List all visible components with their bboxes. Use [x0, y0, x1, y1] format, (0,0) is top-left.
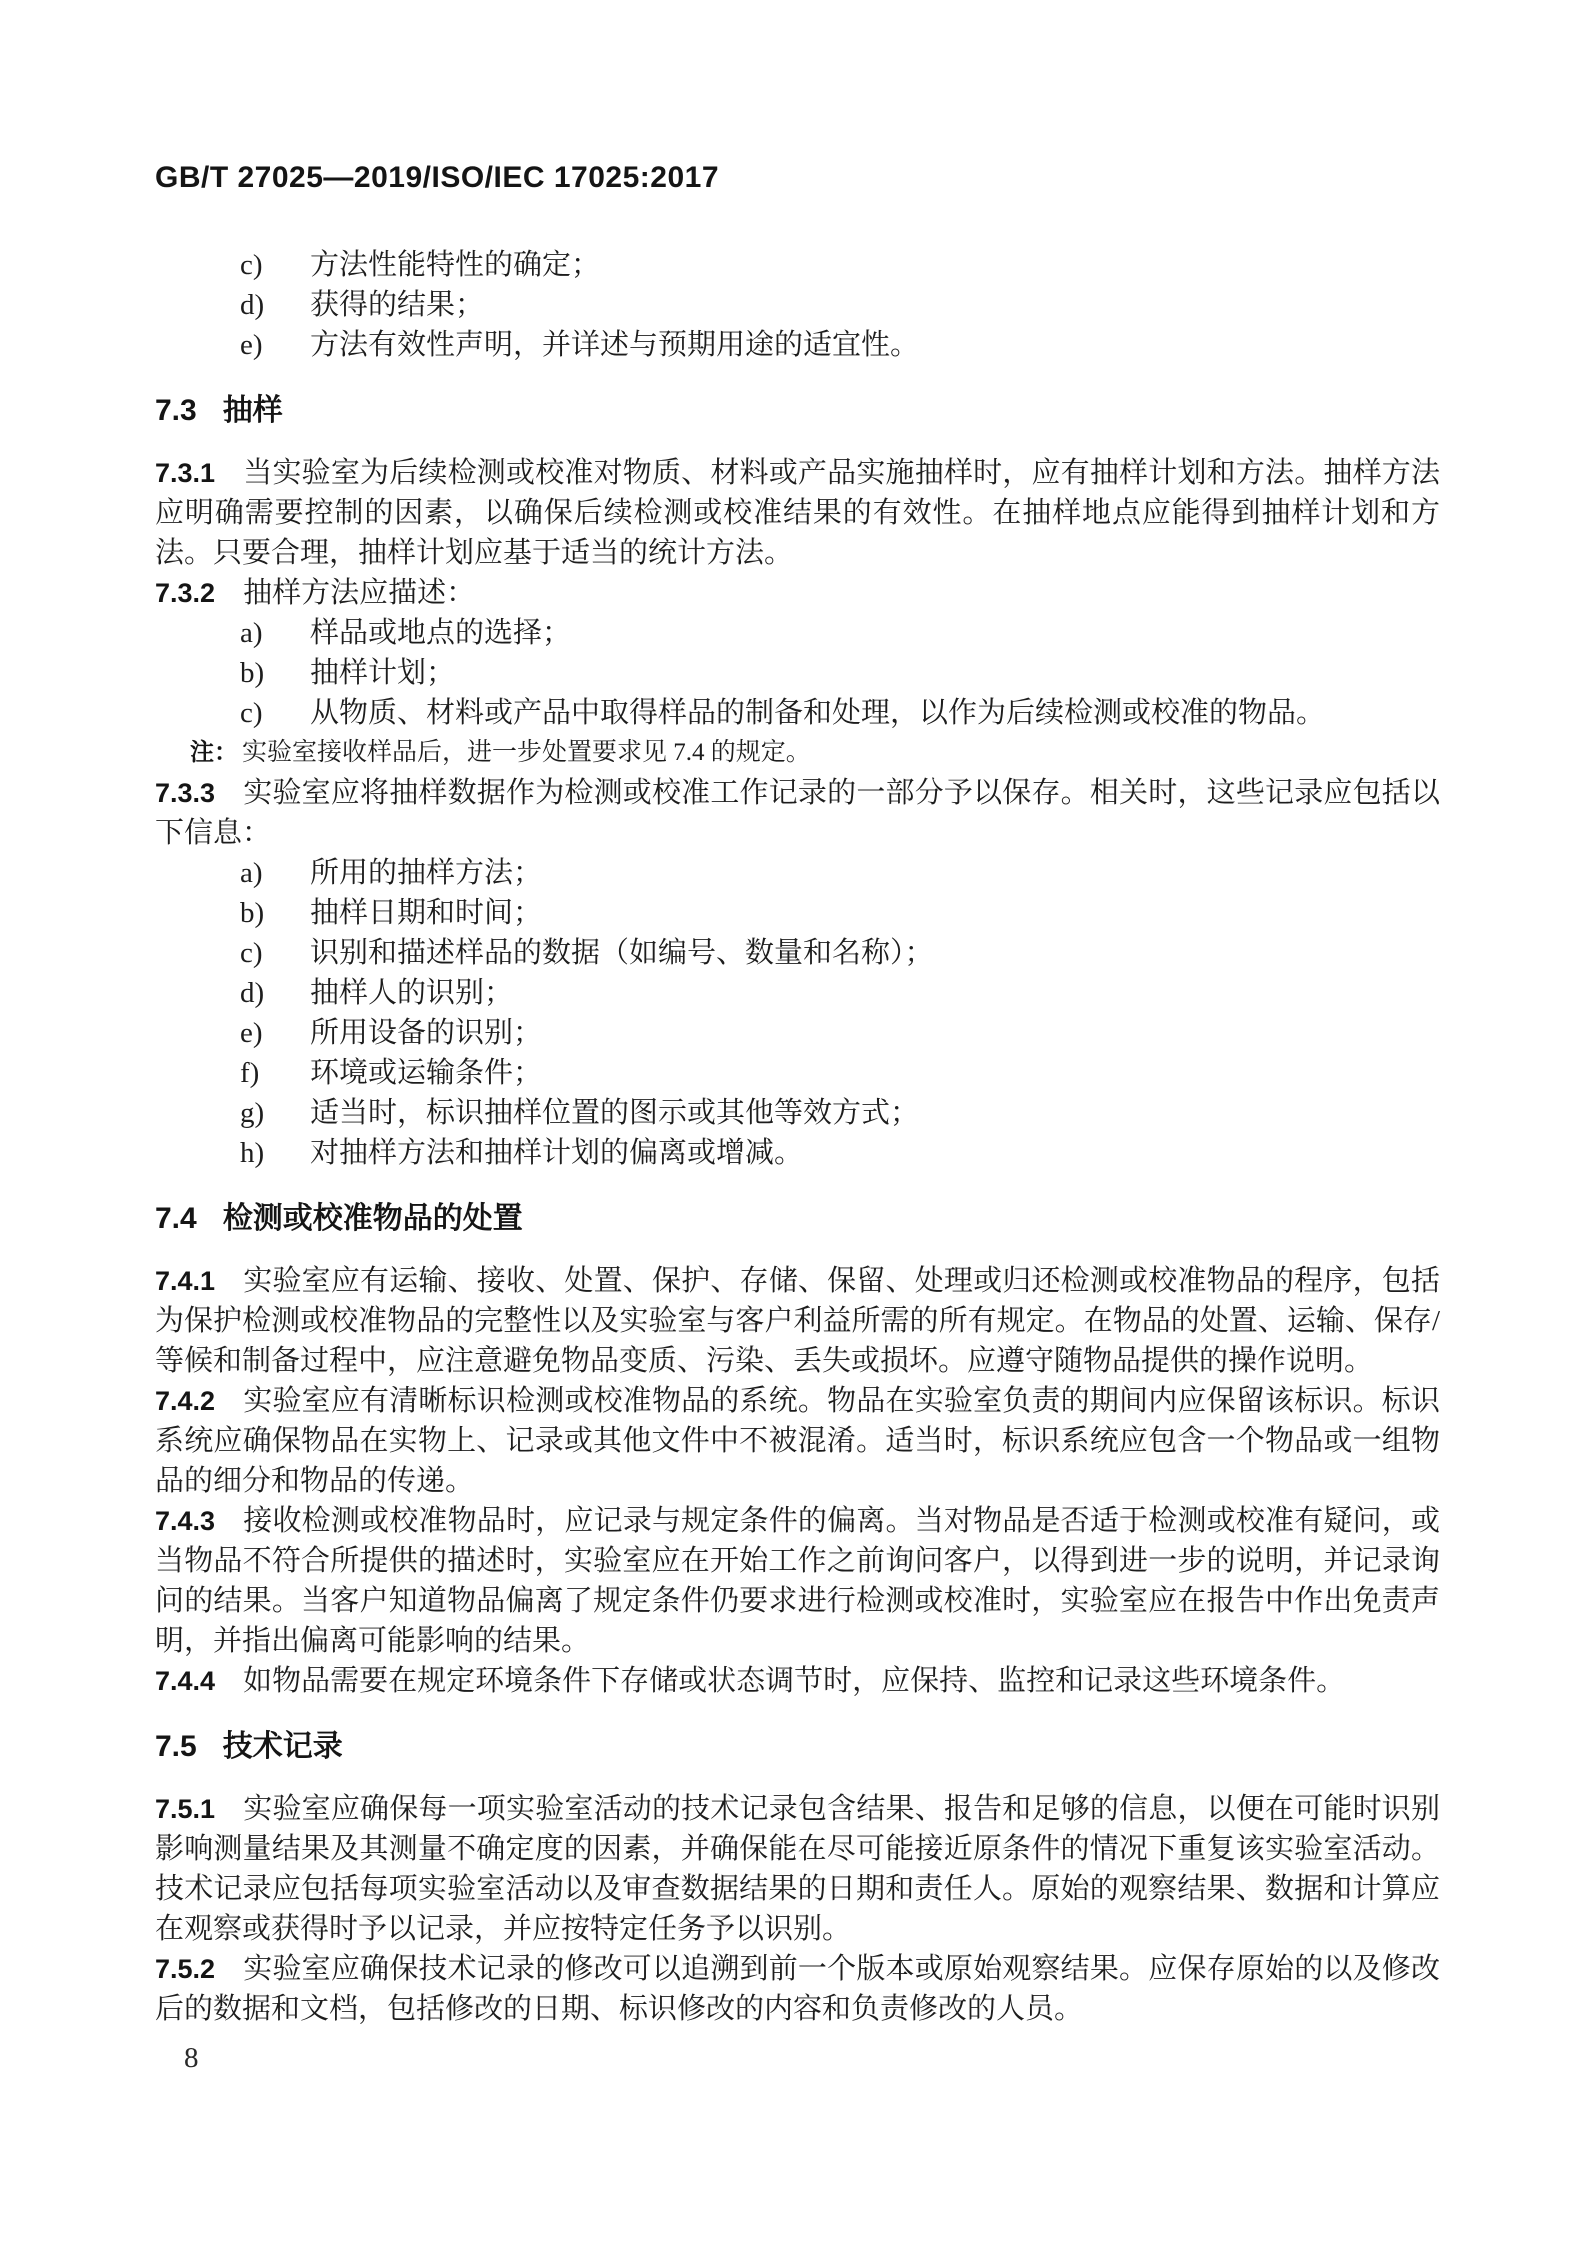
- clause-7-5-2: 7.5.2实验室应确保技术记录的修改可以追溯到前一个版本或原始观察结果。应保存原…: [155, 1949, 1440, 2029]
- note-text: 实验室接收样品后，进一步处置要求见 7.4 的规定。: [242, 739, 811, 766]
- clause-7-4-1: 7.4.1实验室应有运输、接收、处置、保护、存储、保留、处理或归还检测或校准物品…: [155, 1261, 1440, 1381]
- clause-number: 7.4.3: [155, 1506, 215, 1536]
- list-item-text: 抽样人的识别；: [310, 973, 1440, 1013]
- list-item-label: e): [240, 1013, 310, 1053]
- list-item-text: 抽样日期和时间；: [310, 893, 1440, 933]
- clause-number: 7.4.1: [155, 1266, 215, 1296]
- list-item: c) 从物质、材料或产品中取得样品的制备和处理，以作为后续检测或校准的物品。: [155, 693, 1440, 733]
- list-item: e) 方法有效性声明，并详述与预期用途的适宜性。: [155, 325, 1440, 365]
- section-heading-7-3: 7.3抽样: [155, 391, 1440, 431]
- list-item: c) 方法性能特性的确定；: [155, 245, 1440, 285]
- list-item: a) 所用的抽样方法；: [155, 853, 1440, 893]
- clause-text: 实验室应确保每一项实验室活动的技术记录包含结果、报告和足够的信息，以便在可能时识…: [155, 1793, 1440, 1945]
- sampling-method-list: a) 样品或地点的选择； b) 抽样计划； c) 从物质、材料或产品中取得样品的…: [155, 613, 1440, 733]
- list-item-label: c): [240, 693, 310, 733]
- sampling-records-list: a) 所用的抽样方法； b) 抽样日期和时间； c) 识别和描述样品的数据（如编…: [155, 853, 1440, 1173]
- clause-text: 实验室应将抽样数据作为检测或校准工作记录的一部分予以保存。相关时，这些记录应包括…: [155, 777, 1440, 849]
- list-item-label: a): [240, 613, 310, 653]
- section-heading-7-4: 7.4检测或校准物品的处置: [155, 1199, 1440, 1239]
- section-number: 7.3: [155, 394, 197, 427]
- clause-7-3-1: 7.3.1当实验室为后续检测或校准对物质、材料或产品实施抽样时，应有抽样计划和方…: [155, 453, 1440, 573]
- clause-number: 7.4.4: [155, 1666, 215, 1696]
- list-item-label: c): [240, 245, 310, 285]
- list-item: a) 样品或地点的选择；: [155, 613, 1440, 653]
- page-number: 8: [184, 2038, 199, 2078]
- clause-text: 抽样方法应描述：: [243, 577, 475, 609]
- section-title: 检测或校准物品的处置: [223, 1202, 523, 1235]
- note-7-3-2: 注：实验室接收样品后，进一步处置要求见 7.4 的规定。: [155, 733, 1440, 773]
- clause-7-4-2: 7.4.2实验室应有清晰标识检测或校准物品的系统。物品在实验室负责的期间内应保留…: [155, 1381, 1440, 1501]
- list-item: e) 所用设备的识别；: [155, 1013, 1440, 1053]
- list-item: b) 抽样计划；: [155, 653, 1440, 693]
- list-item: c) 识别和描述样品的数据（如编号、数量和名称）；: [155, 933, 1440, 973]
- list-item: b) 抽样日期和时间；: [155, 893, 1440, 933]
- clause-number: 7.3.2: [155, 578, 215, 608]
- list-item-text: 抽样计划；: [310, 653, 1440, 693]
- list-item-text: 对抽样方法和抽样计划的偏离或增减。: [310, 1133, 1440, 1173]
- clause-7-4-4: 7.4.4如物品需要在规定环境条件下存储或状态调节时，应保持、监控和记录这些环境…: [155, 1661, 1440, 1701]
- list-item-label: d): [240, 973, 310, 1013]
- method-validation-list: c) 方法性能特性的确定； d) 获得的结果； e) 方法有效性声明，并详述与预…: [155, 245, 1440, 365]
- list-item-text: 识别和描述样品的数据（如编号、数量和名称）；: [310, 933, 1440, 973]
- clause-7-3-2: 7.3.2抽样方法应描述：: [155, 573, 1440, 613]
- list-item-label: h): [240, 1133, 310, 1173]
- clause-number: 7.5.2: [155, 1954, 215, 1984]
- list-item-label: a): [240, 853, 310, 893]
- clause-number: 7.4.2: [155, 1386, 215, 1416]
- clause-text: 实验室应有运输、接收、处置、保护、存储、保留、处理或归还检测或校准物品的程序，包…: [155, 1265, 1440, 1377]
- list-item-text: 所用设备的识别；: [310, 1013, 1440, 1053]
- clause-text: 当实验室为后续检测或校准对物质、材料或产品实施抽样时，应有抽样计划和方法。抽样方…: [155, 457, 1440, 569]
- list-item-label: c): [240, 933, 310, 973]
- section-title: 技术记录: [223, 1730, 343, 1763]
- list-item: g) 适当时，标识抽样位置的图示或其他等效方式；: [155, 1093, 1440, 1133]
- standard-number-header: GB/T 27025—2019/ISO/IEC 17025:2017: [155, 158, 1440, 198]
- note-label: 注：: [190, 739, 238, 766]
- list-item-text: 方法有效性声明，并详述与预期用途的适宜性。: [310, 325, 1440, 365]
- list-item-text: 样品或地点的选择；: [310, 613, 1440, 653]
- clause-7-3-3: 7.3.3实验室应将抽样数据作为检测或校准工作记录的一部分予以保存。相关时，这些…: [155, 773, 1440, 853]
- clause-number: 7.3.3: [155, 778, 215, 808]
- clause-number: 7.5.1: [155, 1794, 215, 1824]
- section-heading-7-5: 7.5技术记录: [155, 1727, 1440, 1767]
- page-content: GB/T 27025—2019/ISO/IEC 17025:2017 c) 方法…: [155, 0, 1440, 2029]
- clause-text: 实验室应确保技术记录的修改可以追溯到前一个版本或原始观察结果。应保存原始的以及修…: [155, 1953, 1440, 2025]
- list-item-text: 适当时，标识抽样位置的图示或其他等效方式；: [310, 1093, 1440, 1133]
- list-item: f) 环境或运输条件；: [155, 1053, 1440, 1093]
- clause-number: 7.3.1: [155, 458, 215, 488]
- list-item-label: e): [240, 325, 310, 365]
- list-item-label: f): [240, 1053, 310, 1093]
- section-number: 7.5: [155, 1730, 197, 1763]
- clause-7-5-1: 7.5.1实验室应确保每一项实验室活动的技术记录包含结果、报告和足够的信息，以便…: [155, 1789, 1440, 1949]
- list-item-text: 环境或运输条件；: [310, 1053, 1440, 1093]
- section-title: 抽样: [223, 394, 283, 427]
- list-item-text: 所用的抽样方法；: [310, 853, 1440, 893]
- list-item-label: b): [240, 653, 310, 693]
- clause-text: 如物品需要在规定环境条件下存储或状态调节时，应保持、监控和记录这些环境条件。: [243, 1665, 1345, 1697]
- list-item: d) 获得的结果；: [155, 285, 1440, 325]
- list-item-label: d): [240, 285, 310, 325]
- list-item-text: 从物质、材料或产品中取得样品的制备和处理，以作为后续检测或校准的物品。: [310, 693, 1440, 733]
- clause-7-4-3: 7.4.3接收检测或校准物品时，应记录与规定条件的偏离。当对物品是否适于检测或校…: [155, 1501, 1440, 1661]
- list-item-text: 方法性能特性的确定；: [310, 245, 1440, 285]
- clause-text: 实验室应有清晰标识检测或校准物品的系统。物品在实验室负责的期间内应保留该标识。标…: [155, 1385, 1440, 1497]
- clause-text: 接收检测或校准物品时，应记录与规定条件的偏离。当对物品是否适于检测或校准有疑问，…: [155, 1505, 1440, 1657]
- document-page: GB/T 27025—2019/ISO/IEC 17025:2017 c) 方法…: [0, 0, 1587, 2245]
- list-item-label: g): [240, 1093, 310, 1133]
- list-item-label: b): [240, 893, 310, 933]
- list-item: d) 抽样人的识别；: [155, 973, 1440, 1013]
- list-item-text: 获得的结果；: [310, 285, 1440, 325]
- list-item: h) 对抽样方法和抽样计划的偏离或增减。: [155, 1133, 1440, 1173]
- section-number: 7.4: [155, 1202, 197, 1235]
